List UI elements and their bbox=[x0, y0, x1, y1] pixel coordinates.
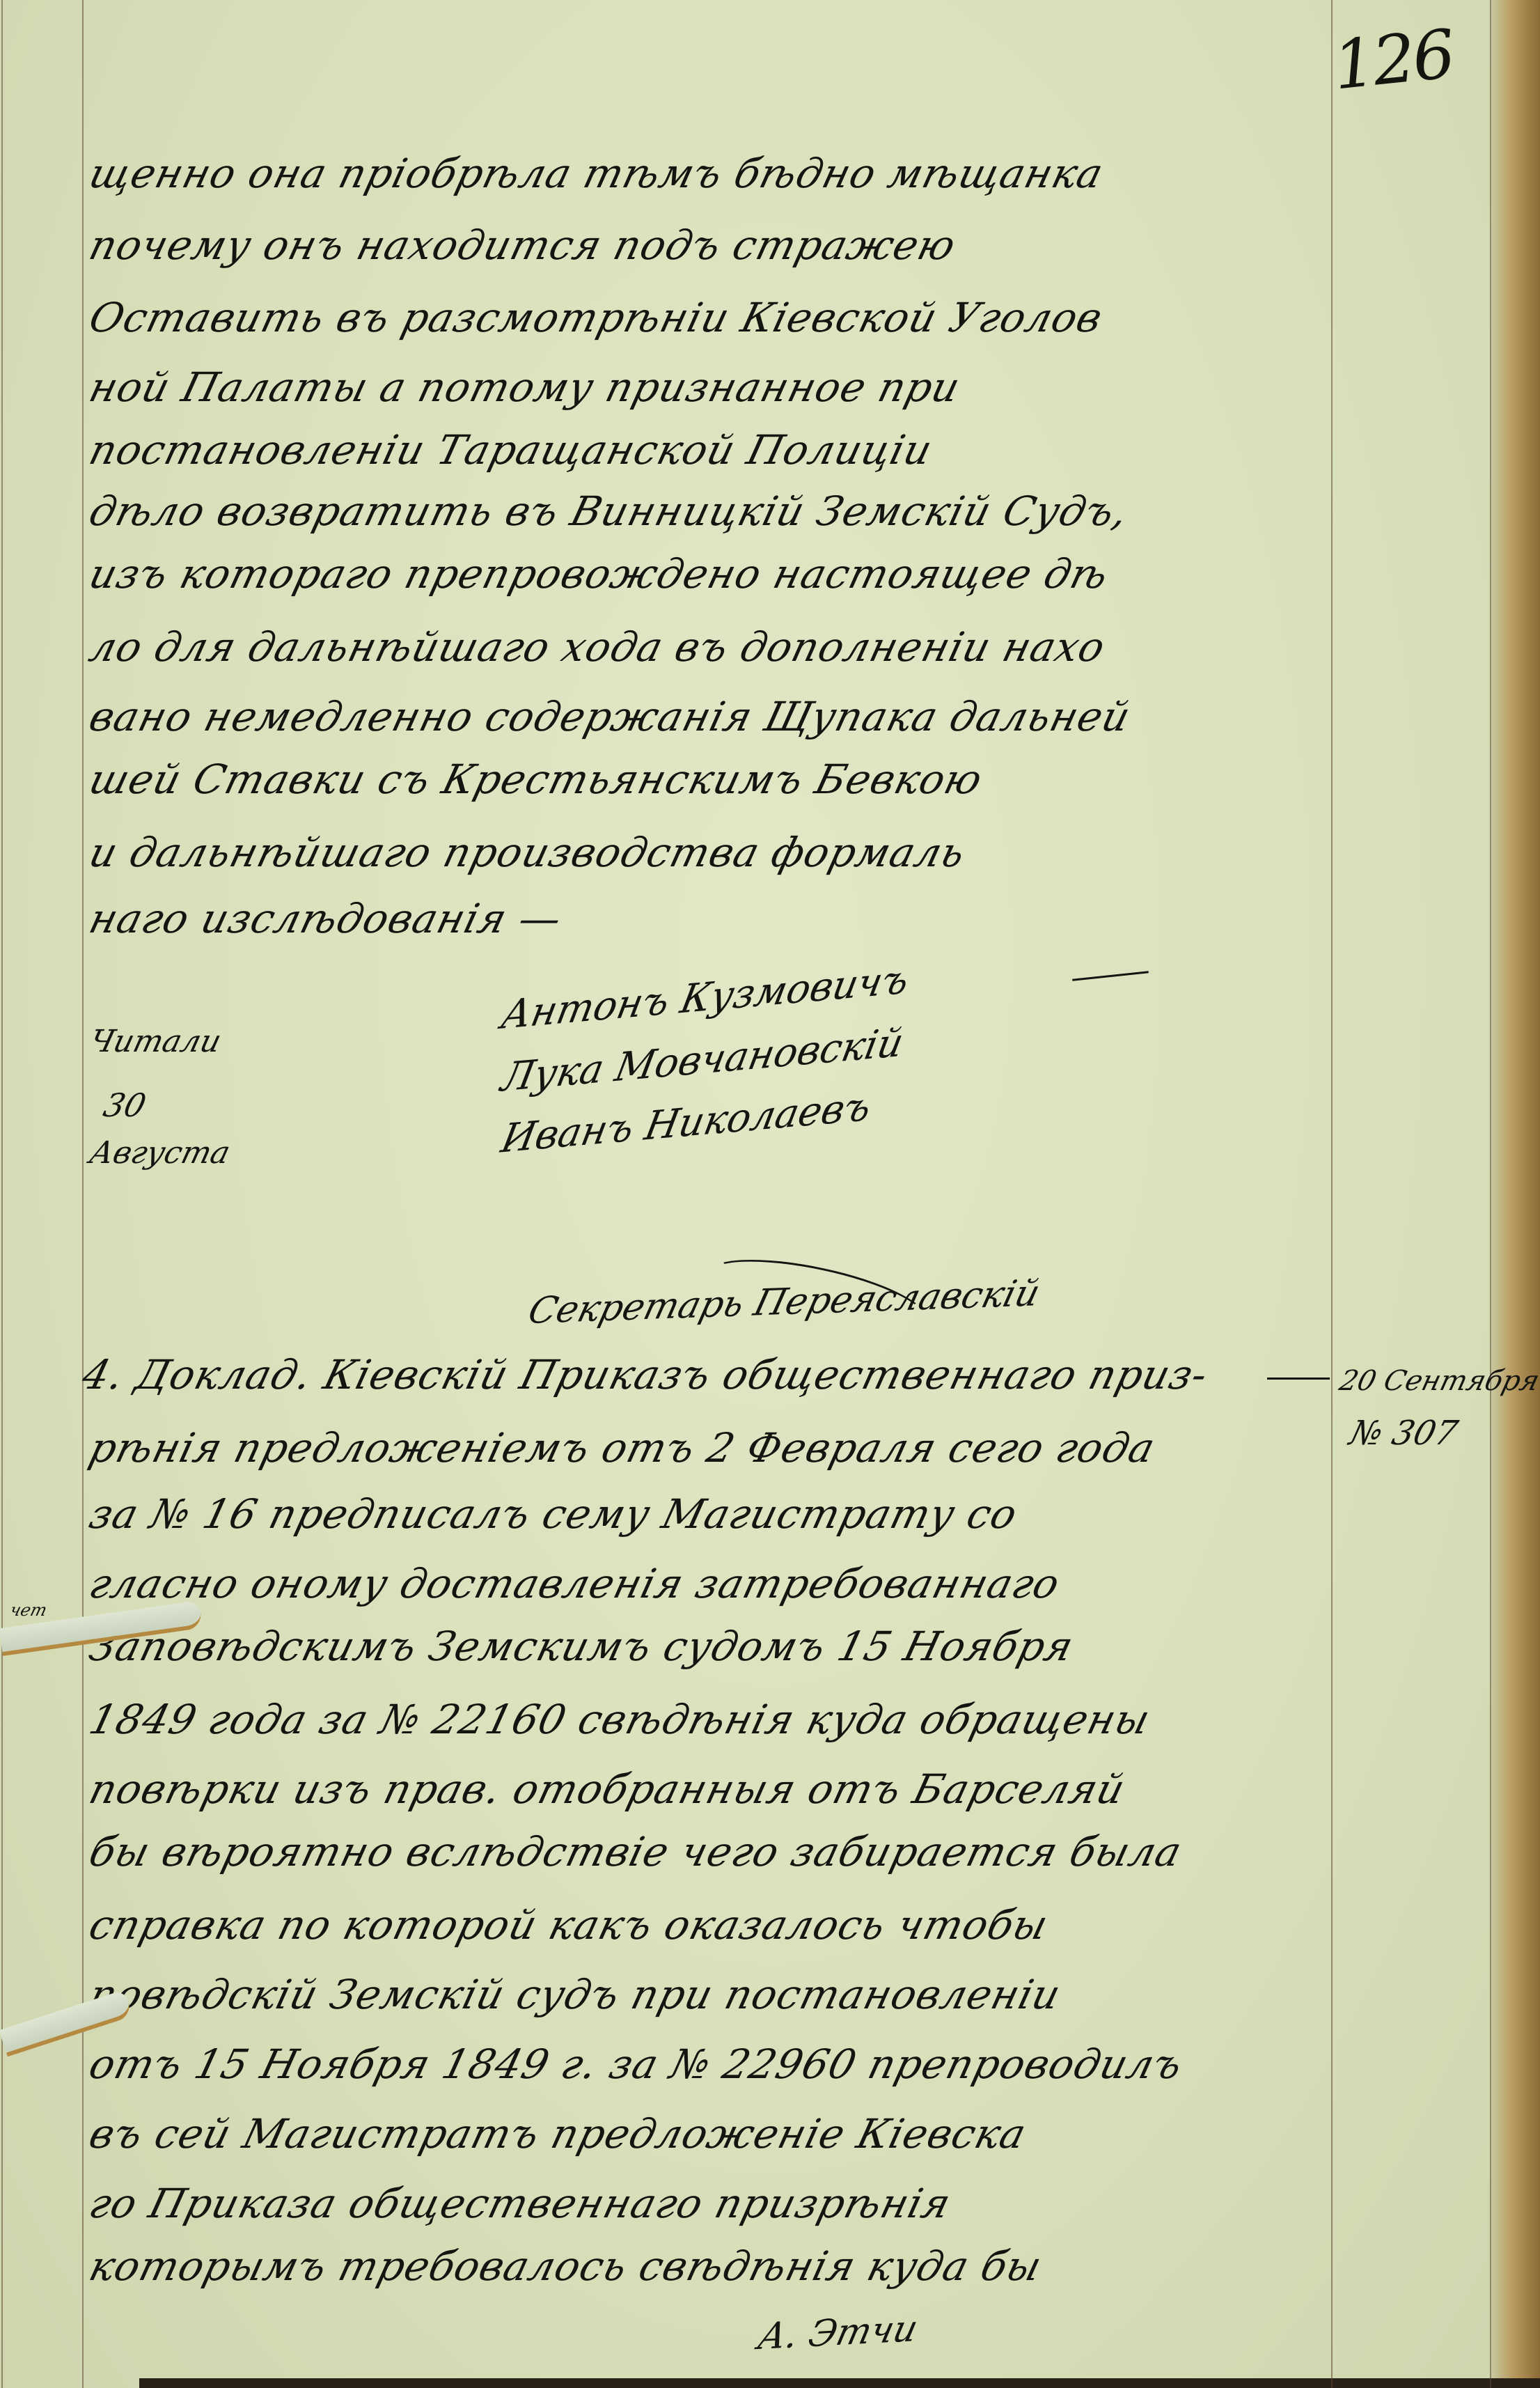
document-page: 126 щенно она пріобрѣла тѣмъ бѣдно мѣщан… bbox=[0, 0, 1540, 2388]
text-line: справка по которой какъ оказалось чтобы bbox=[85, 1901, 1336, 1949]
page-bottom-edge bbox=[139, 2378, 1540, 2388]
text-line: которымъ требовалось свѣдѣнія куда бы bbox=[85, 2242, 1336, 2290]
text-line: и дальнѣйшаго производства формаль bbox=[85, 829, 1336, 876]
signature-flourish bbox=[700, 1244, 934, 1350]
margin-month: Августа bbox=[86, 1135, 234, 1171]
text-line: ло для дальнѣйшаго хода въ дополненіи на… bbox=[85, 623, 1336, 671]
signature-flourish bbox=[1072, 971, 1149, 981]
text-line: 1849 года за № 22160 свѣдѣнія куда обращ… bbox=[85, 1696, 1336, 1743]
margin-read-label: Читали bbox=[86, 1024, 225, 1059]
margin-number: № 307 bbox=[1346, 1414, 1461, 1453]
margin-date: 20 Сентября bbox=[1336, 1365, 1540, 1397]
text-line: ной Палаты а потому признанное при bbox=[85, 364, 1336, 411]
page-number: 126 bbox=[1330, 15, 1456, 104]
text-line: го Приказа общественнаго призрѣнія bbox=[85, 2180, 1336, 2227]
text-line: бы вѣроятно вслѣдствіе чего забирается б… bbox=[85, 1828, 1336, 1875]
text-line: Оставить въ разсмотрѣніи Кіевской Уголов bbox=[85, 294, 1336, 341]
text-line: постановленіи Таращанской Полиціи bbox=[85, 426, 1336, 474]
text-line: наго изслѣдованія — bbox=[85, 895, 1336, 942]
text-line: Заповѣдскимъ Земскимъ судомъ 15 Ноября bbox=[85, 1623, 1336, 1670]
margin-rule bbox=[1490, 0, 1491, 2388]
string-note: чет bbox=[8, 1600, 49, 1620]
text-line: шей Ставки съ Крестьянскимъ Бевкою bbox=[85, 756, 1336, 803]
text-line: щенно она пріобрѣла тѣмъ бѣдно мѣщанка bbox=[85, 150, 1336, 197]
text-line: повѣдскій Земскій судъ при постановленіи bbox=[85, 1971, 1336, 2018]
margin-day: 30 bbox=[100, 1086, 150, 1124]
text-line: 4. Доклад. Кіевскій Приказъ общественнаг… bbox=[78, 1351, 1329, 1398]
margin-dash bbox=[1267, 1378, 1330, 1380]
text-line: гласно оному доставленія затребованнаго bbox=[85, 1560, 1336, 1607]
text-line: повѣрки изъ прав. отобранныя отъ Барселя… bbox=[85, 1765, 1336, 1813]
text-line: отъ 15 Ноября 1849 г. за № 22960 препров… bbox=[85, 2040, 1336, 2088]
text-line: въ сей Магистратъ предложеніе Кіевска bbox=[85, 2110, 1336, 2157]
page-edge bbox=[1491, 0, 1540, 2388]
text-line: вано немедленно содержанія Щупака дальне… bbox=[85, 693, 1336, 740]
text-line: почему онъ находится подъ стражею bbox=[85, 221, 1336, 269]
text-line: дѣло возвратить въ Винницкій Земскій Суд… bbox=[85, 487, 1336, 535]
text-line: рѣнія предложеніемъ отъ 2 Февраля сего г… bbox=[85, 1424, 1336, 1472]
margin-rule bbox=[1331, 0, 1333, 2388]
text-line: изъ котораго препровождено настоящее дѣ bbox=[85, 550, 1336, 598]
text-line: за № 16 предписалъ сему Магистрату со bbox=[85, 1490, 1336, 1538]
closing-signature: А. Этчи bbox=[754, 2308, 922, 2359]
